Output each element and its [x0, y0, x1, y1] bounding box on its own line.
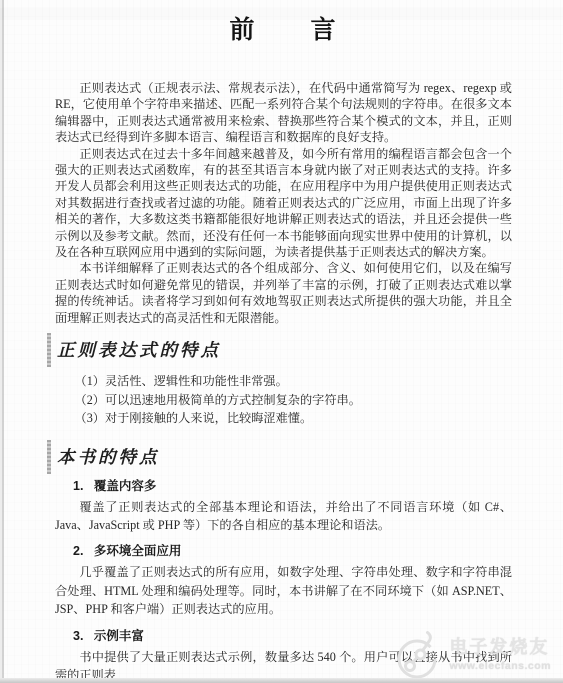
section-heading-text: 本书的特点 — [57, 447, 160, 467]
watermark-text: 电子发烧友 www.elecfans.com — [449, 638, 551, 672]
subsection-number: 3. — [73, 629, 83, 643]
subsection-body: 几乎覆盖了正则表达式的所有应用，如数字处理、字符串处理、数字和字符串混合处理、H… — [55, 563, 512, 618]
subsection-heading: 2. 多环境全面应用 — [73, 542, 512, 560]
subsection-coverage: 1. 覆盖内容多 覆盖了正则表达式的全部基本理论和语法，并给出了不同语言环境（如… — [55, 477, 512, 535]
subsection-title: 覆盖内容多 — [94, 479, 157, 493]
page-title: 前 言 — [55, 16, 512, 46]
section-heading-regex-features: 正则表达式的特点 — [57, 338, 512, 362]
subsection-title: 示例丰富 — [94, 629, 144, 643]
subsection-heading: 1. 覆盖内容多 — [73, 477, 512, 495]
subsection-number: 1. — [73, 479, 83, 493]
intro-paragraph-1: 正则表达式（正规表示法、常规表示法），在代码中通常简写为 regex、regex… — [55, 80, 512, 146]
heading-bar — [47, 440, 51, 474]
list-item: （1）灵活性、逻辑性和功能性非常强。 — [55, 372, 512, 391]
page-content: 前 言 正则表达式（正规表示法、常规表示法），在代码中通常简写为 regex、r… — [55, 16, 512, 683]
intro-paragraph-3: 本书详细解释了正则表达式的各个组成部分、含义、如何使用它们，以及在编写正则表达式… — [55, 260, 512, 326]
subsection-environments: 2. 多环境全面应用 几乎覆盖了正则表达式的所有应用，如数字处理、字符串处理、数… — [55, 542, 512, 618]
intro-paragraphs: 正则表达式（正规表示法、常规表示法），在代码中通常简写为 regex、regex… — [55, 80, 512, 326]
section-regex-features: 正则表达式的特点 （1）灵活性、逻辑性和功能性非常强。 （2）可以迅速地用极简单… — [55, 338, 512, 428]
subsection-title: 多环境全面应用 — [94, 544, 182, 558]
heading-bar — [47, 333, 51, 367]
intro-paragraph-2: 正则表达式在过去十多年间越来越普及，如今所有常用的编程语言都会包含一个强大的正则… — [55, 146, 512, 261]
subsection-body: 覆盖了正则表达式的全部基本理论和语法，并给出了不同语言环境（如 C#、Java、… — [55, 498, 512, 535]
list-item: （3）对于刚接触的人来说，比较晦涩难懂。 — [55, 409, 512, 428]
elecfans-logo-icon — [396, 631, 442, 679]
feature-list: （1）灵活性、逻辑性和功能性非常强。 （2）可以迅速地用极简单的方式控制复杂的字… — [55, 372, 512, 428]
book-preface-page: 前 言 正则表达式（正规表示法、常规表示法），在代码中通常简写为 regex、r… — [0, 0, 563, 683]
watermark-url: www.elecfans.com — [449, 660, 551, 672]
scan-edge-bottom — [0, 678, 563, 683]
scan-edge-line — [2, 0, 4, 683]
subsection-number: 2. — [73, 544, 83, 558]
list-item: （2）可以迅速地用极简单的方式控制复杂的字符串。 — [55, 391, 512, 410]
watermark-brand: 电子发烧友 — [449, 638, 549, 658]
section-heading-text: 正则表达式的特点 — [57, 340, 221, 360]
section-heading-book-features: 本书的特点 — [57, 445, 512, 469]
watermark: 电子发烧友 www.elecfans.com — [396, 631, 551, 679]
